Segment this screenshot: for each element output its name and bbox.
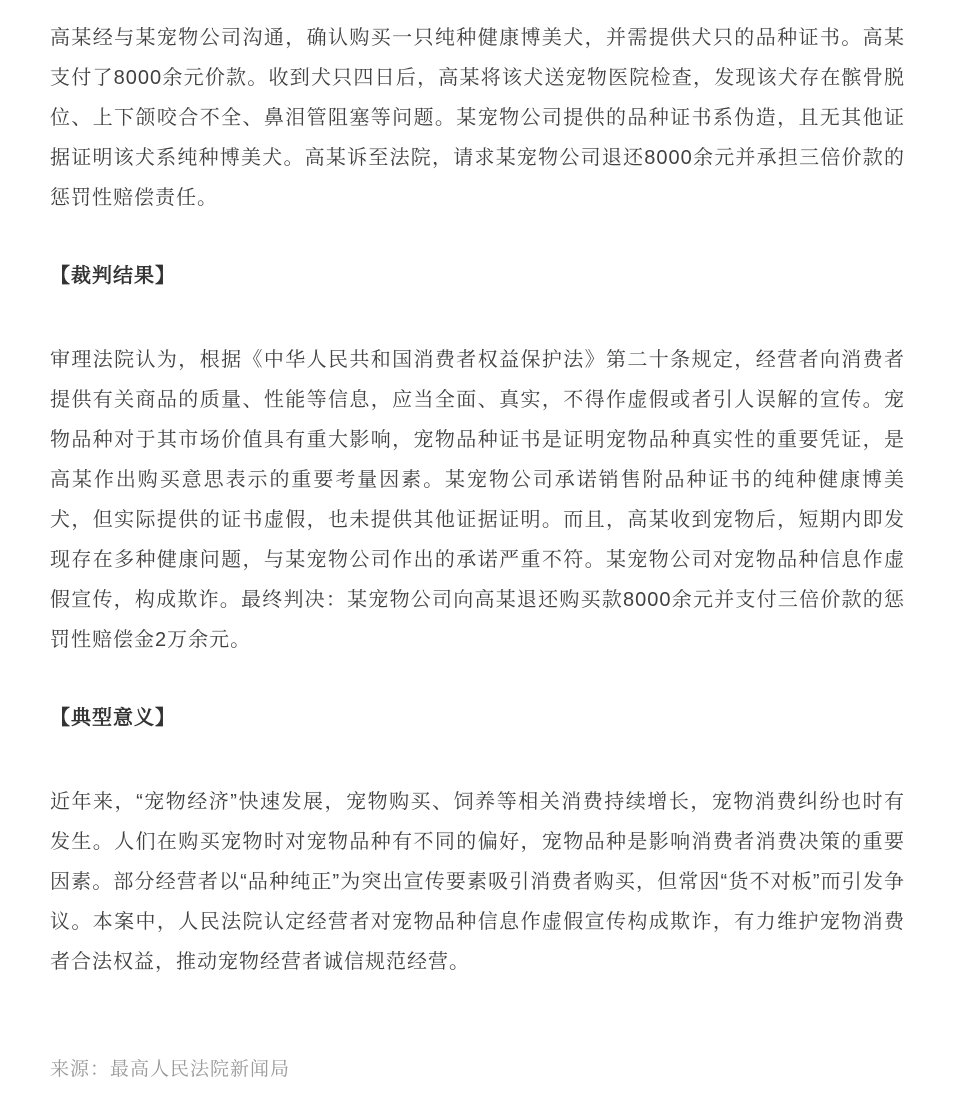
- article-page: 高某经与某宠物公司沟通，确认购买一只纯种健康博美犬，并需提供犬只的品种证书。高某…: [0, 0, 953, 1096]
- judgment-result-paragraph: 审理法院认为，根据《中华人民共和国消费者权益保护法》第二十条规定，经营者向消费者…: [50, 340, 905, 660]
- typical-significance-paragraph: 近年来，“宠物经济”快速发展，宠物购买、饲养等相关消费持续增长，宠物消费纠纷也时…: [50, 782, 905, 982]
- case-intro-paragraph: 高某经与某宠物公司沟通，确认购买一只纯种健康博美犬，并需提供犬只的品种证书。高某…: [50, 18, 905, 218]
- source-attribution: 来源：最高人民法院新闻局: [50, 1055, 905, 1085]
- section-heading-judgment-result: 【裁判结果】: [50, 256, 905, 296]
- section-heading-typical-significance: 【典型意义】: [50, 698, 905, 738]
